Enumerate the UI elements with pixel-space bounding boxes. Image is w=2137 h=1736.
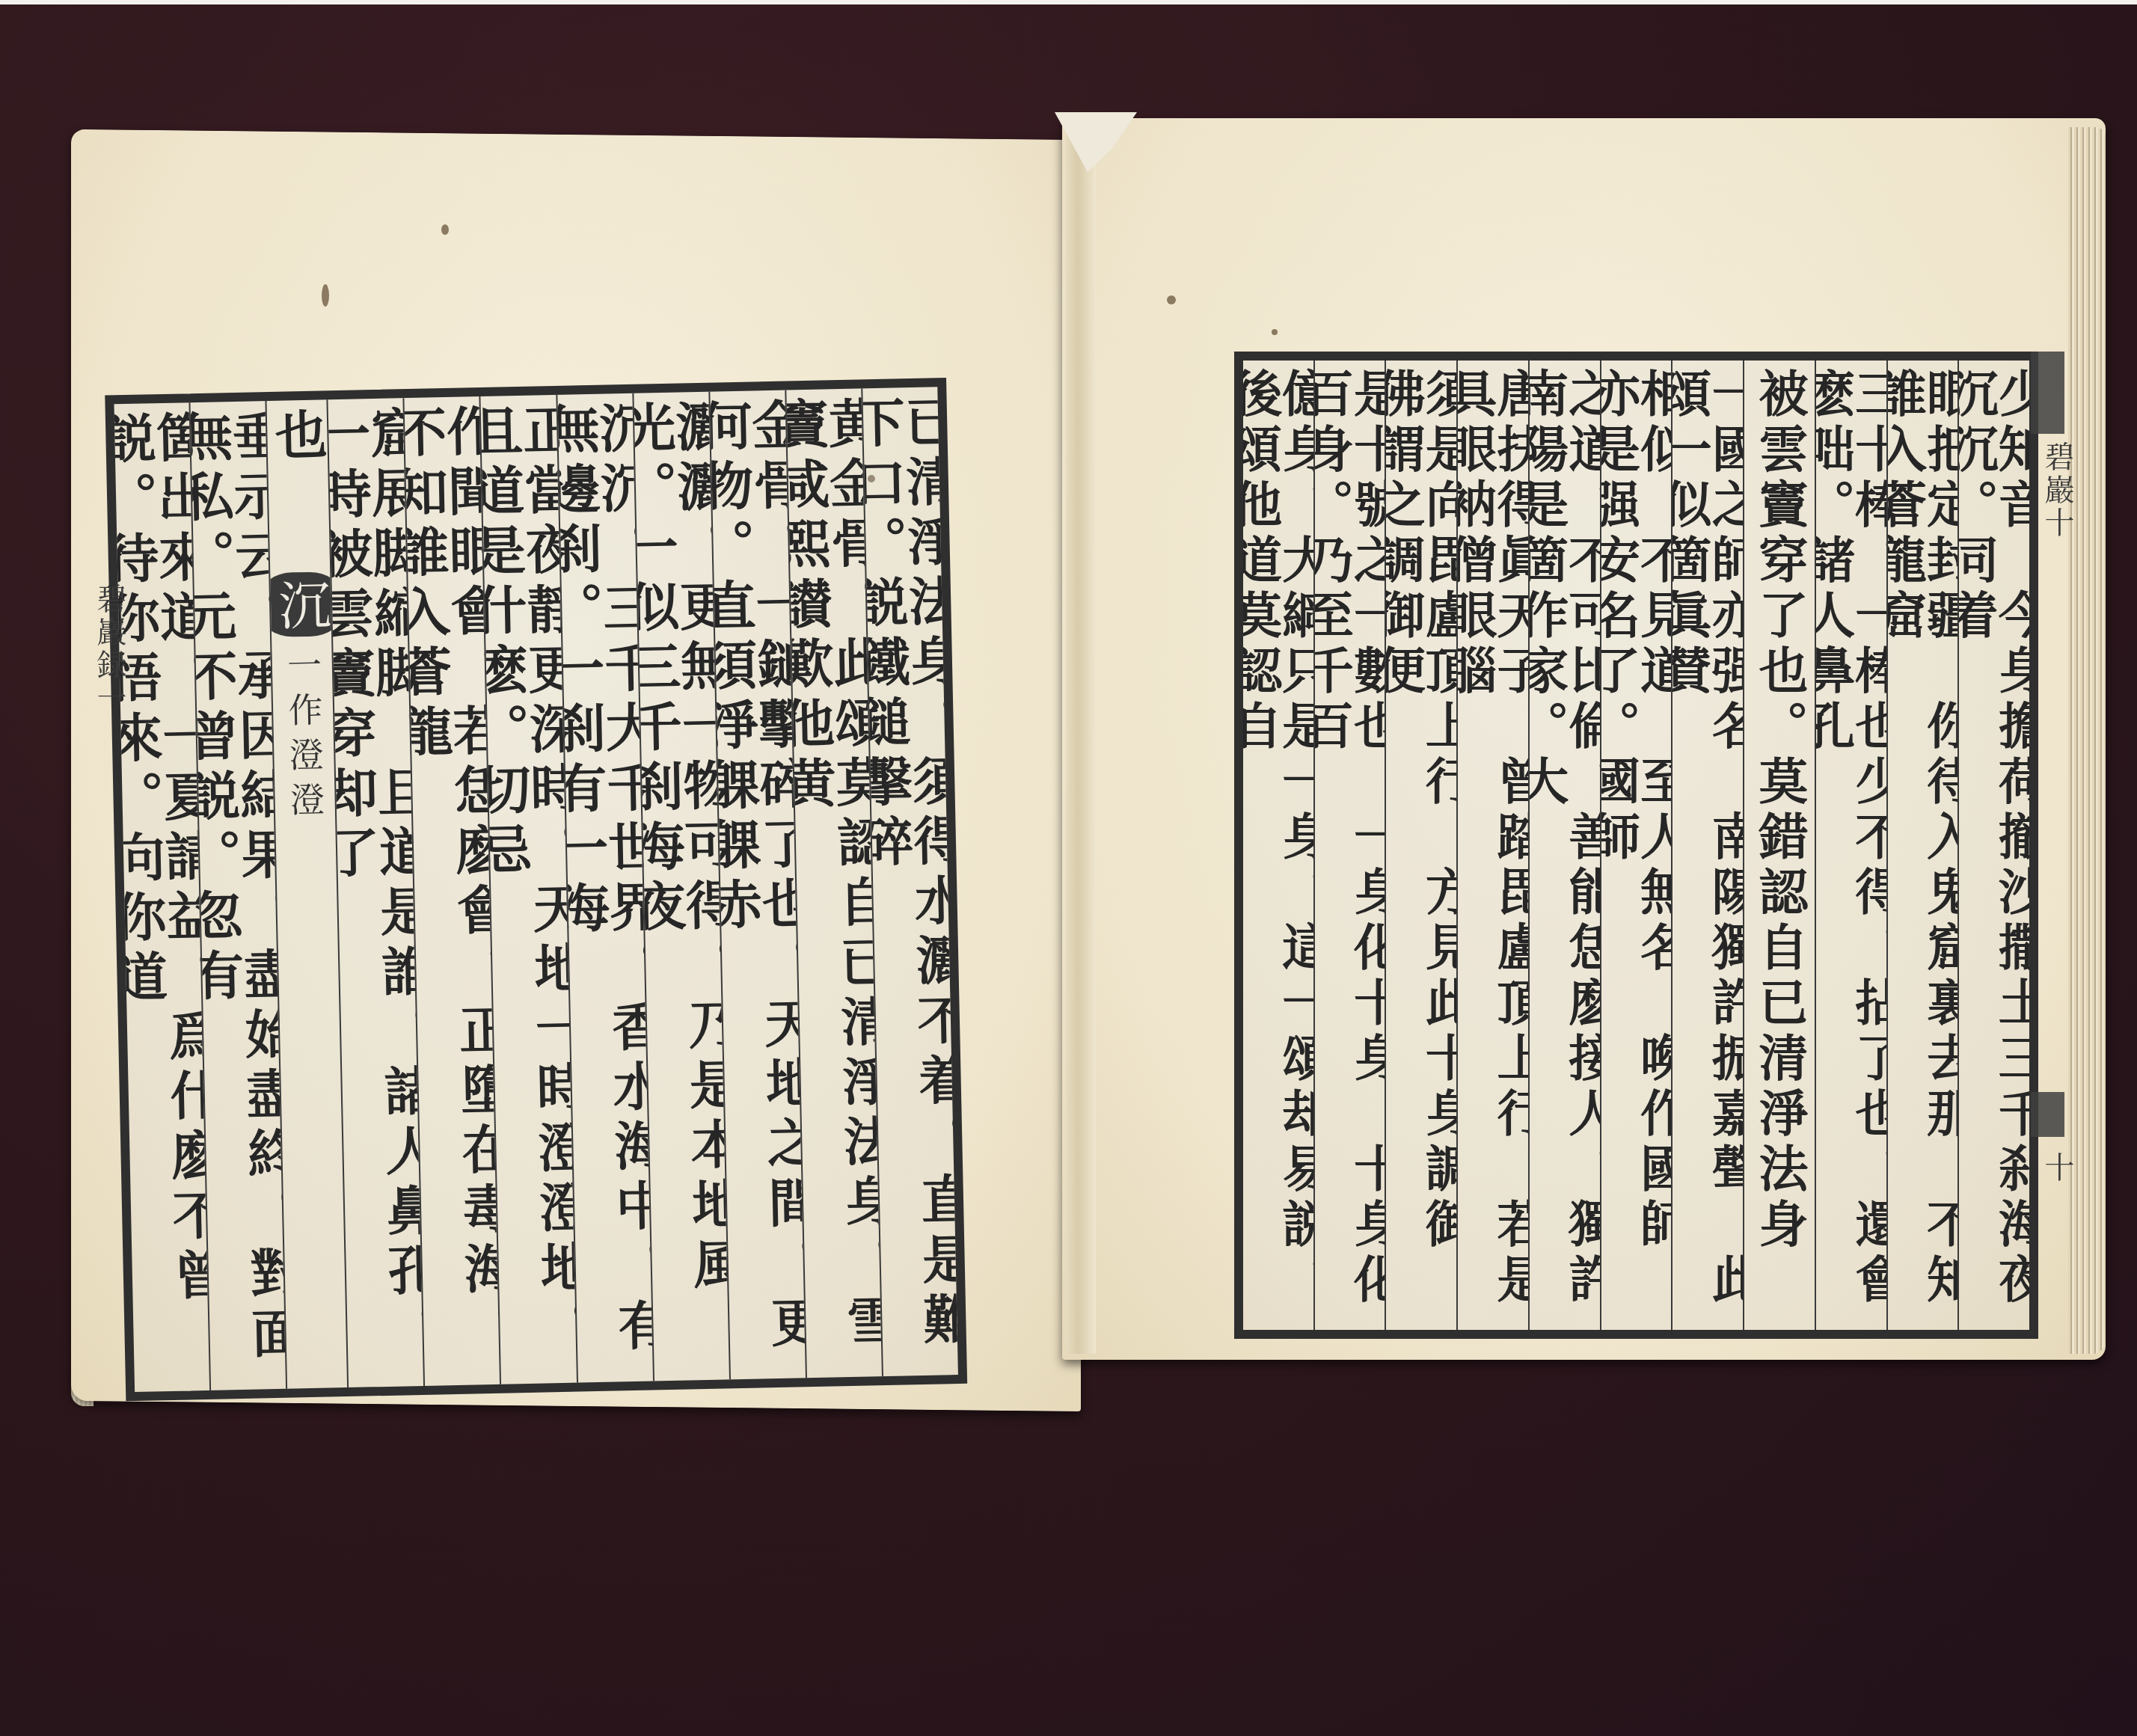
closing-character: 也 (266, 407, 336, 461)
text-column: 被雲竇穿了也。莫錯認自已清淨法身 (1743, 361, 1815, 1330)
column-text: 一國之師亦强名。南陽獨許振嘉聲。此頌一似箇眞賛 (1671, 368, 1743, 1330)
text-column: 一國之師亦强名。南陽獨許振嘉聲。此頌一似箇眞賛 (1671, 361, 1743, 1330)
column-text: 被雲竇穿了也。莫錯認自已清淨法身 (1755, 368, 1804, 1254)
text-column: 須是向毘盧頂上行。方見此十身調御。佛謂之調御便 (1385, 361, 1456, 1330)
column-text: 少知音。今身擔荷撤沙撒土三千刹海夜沉沉。同着 (1957, 368, 2029, 1330)
text-column: 之道。不可比倫。善能恁麽接人。獨許南陽是箇作家。大 (1528, 361, 1600, 1330)
book-gutter (1066, 120, 1096, 1354)
fold-margin-fishtail (2031, 1092, 2064, 1137)
text-column: 唐扶得眞天子。曾踏毘盧頂上行。若是具眼衲僧眼腦 (1456, 361, 1528, 1330)
column-text: 眼把定封疆。你待入鬼窟裏去那。不知誰入蒼龍窟 (1886, 368, 1958, 1330)
scan-top-edge (0, 0, 2137, 4)
column-text: 相似。不見道。至人無名。喚作國師。亦是强安名了。國師 (1600, 368, 1672, 1330)
column-text: 億身。大綱只是一身。這一頌却易説。後頌他道莫認自 (1243, 368, 1313, 1330)
variant-reading-note: 一作澄澄 (278, 646, 331, 826)
column-text: 唐扶得眞天子。曾踏毘盧頂上行。若是具眼衲僧眼腦 (1456, 368, 1528, 1330)
text-column: 相似。不見道。至人無名。喚作國師。亦是强安名了。國師 (1600, 361, 1672, 1330)
left-page-text-frame: 已清淨法身。須得水灑不着。直是難下口。説鐵鎚擊碎 黄金骨。此頌莫認自已清淨法身。… (105, 378, 967, 1401)
column-text: 之道。不可比倫。善能恁麽接人。獨許南陽是箇作家。大 (1528, 368, 1600, 1330)
wormhole-mark (441, 224, 449, 235)
column-text: 是十號之一數也。一身化十身。十身化百身。乃至千百 (1313, 368, 1385, 1330)
right-page-text-frame: 少知音。今身擔荷撤沙撒土三千刹海夜沉沉。同着 眼把定封疆。你待入鬼窟裏去那。不知… (1234, 352, 2038, 1339)
wormhole-mark (1272, 329, 1278, 335)
text-column: 三十棒。一棒也少不得。拈了也。還會麽咄。諸人鼻孔 (1815, 361, 1886, 1330)
column-text: 三十棒。一棒也少不得。拈了也。還會麽咄。諸人鼻孔 (1815, 368, 1886, 1330)
left-fold-margin-label: 碧巖録一 (88, 583, 131, 715)
wormhole-mark (1167, 295, 1176, 304)
text-column: 億身。大綱只是一身。這一頌却易説。後頌他道莫認自 (1243, 361, 1313, 1330)
fold-margin-fishtail (2031, 352, 2064, 434)
page-number: 十 (2036, 1152, 2079, 1182)
wormhole-mark (322, 284, 329, 307)
text-column: 眼把定封疆。你待入鬼窟裏去那。不知誰入蒼龍窟 (1886, 361, 1958, 1330)
text-column: 是十號之一數也。一身化十身。十身化百身。乃至千百 (1313, 361, 1385, 1330)
right-fold-margin-label: 碧巖十 (2036, 441, 2079, 540)
text-column: 少知音。今身擔荷撤沙撒土三千刹海夜沉沉。同着 (1957, 361, 2029, 1330)
column-text: 須是向毘盧頂上行。方見此十身調御。佛謂之調御便 (1385, 368, 1456, 1330)
